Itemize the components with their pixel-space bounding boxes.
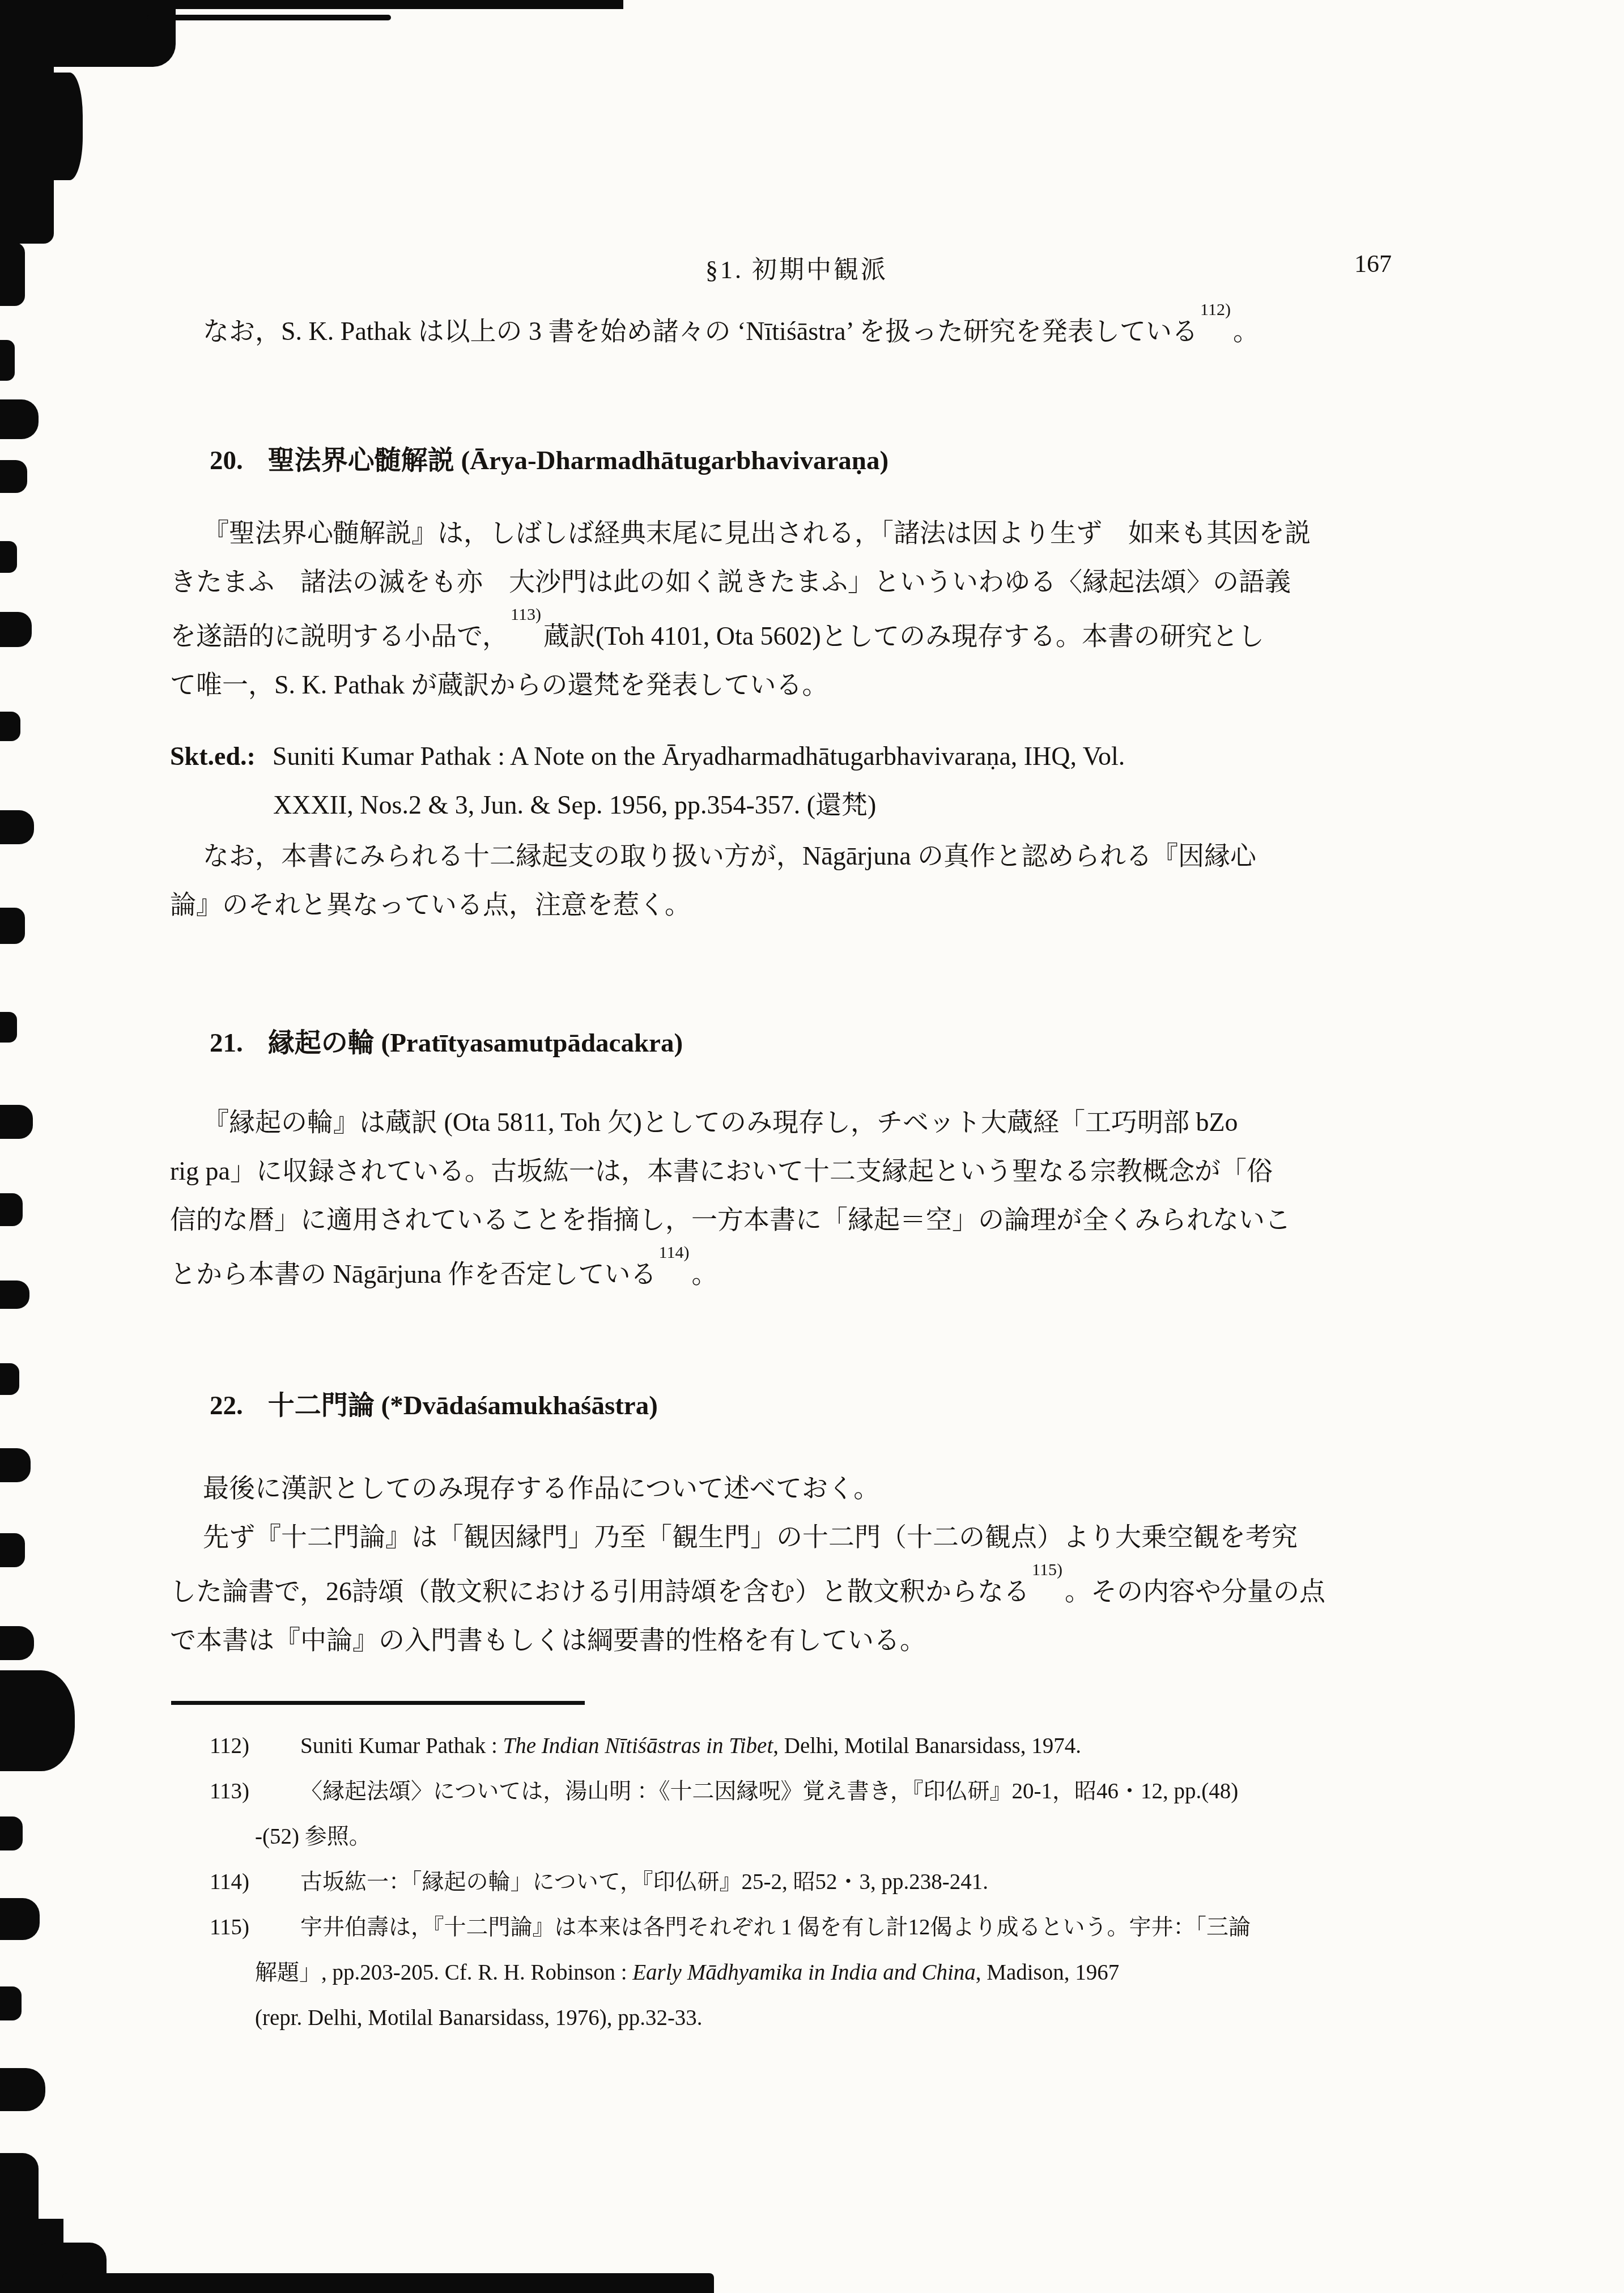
footnote-number: 115)	[210, 1905, 300, 1950]
footnote-115-continued: 解題」, pp.203-205. Cf. R. H. Robinson : Ea…	[170, 1950, 1473, 1996]
section-21-heading: 21.縁起の輪 (Pratītyasamutpādacakra)	[170, 1018, 1473, 1069]
body-line: なお，S. K. Pathak は以上の 3 書を始め諸々の ‘Nītiśāst…	[170, 301, 1473, 356]
scanned-book-page: §1. 初期中観派 167 なお，S. K. Pathak は以上の 3 書を始…	[0, 0, 1624, 2293]
scan-artifact	[0, 712, 20, 741]
scan-artifact	[0, 243, 25, 306]
scan-artifact	[62, 2273, 714, 2293]
section-number: 20.	[210, 446, 243, 475]
footnote-ref-112: 112)	[1198, 300, 1233, 319]
footnote-112: 112)Suniti Kumar Pathak : The Indian Nīt…	[170, 1724, 1473, 1769]
skt-ed-line: Skt.ed.:Suniti Kumar Pathak : A Note on …	[170, 732, 1473, 781]
skt-ed-line: XXXII, Nos.2 & 3, Jun. & Sep. 1956, pp.3…	[170, 781, 1473, 829]
footnotes-block: 112)Suniti Kumar Pathak : The Indian Nīt…	[170, 1724, 1473, 2041]
footnote-115-continued: (repr. Delhi, Motilal Banarsidass, 1976)…	[170, 1996, 1473, 2041]
section-number: 22.	[210, 1391, 243, 1420]
footnote-ref-114: 114)	[657, 1243, 692, 1262]
footnote-rule	[171, 1701, 585, 1705]
scan-artifact	[0, 1193, 23, 1226]
body-line: とから本書の Nāgārjuna 作を否定している114)。	[170, 1244, 1473, 1299]
body-line: 信的な暦」に適用されていることを指摘し，一方本書に「縁起＝空」の論理が全くみられ…	[170, 1196, 1473, 1244]
scan-artifact	[0, 1012, 17, 1043]
scan-artifact	[0, 1448, 31, 1482]
body-line: した論書で，26詩頌（散文釈における引用詩頌を含む）と散文釈からなる115)。そ…	[170, 1562, 1473, 1616]
page-header: §1. 初期中観派 167	[170, 249, 1473, 289]
body-line: rig pa」に収録されている。古坂紘一は，本書において十二支縁起という聖なる宗…	[170, 1147, 1473, 1196]
footnote-114: 114)古坂紘一：「縁起の輪」について，『印仏研』25-2, 昭52・3, pp…	[170, 1860, 1473, 1905]
body-line: 『縁起の輪』は蔵訳 (Ota 5811, Toh 欠)としてのみ現存し，チベット…	[170, 1098, 1473, 1147]
section-20-heading: 20.聖法界心髄解説 (Ārya-Dharmadhātugarbhavivara…	[170, 435, 1473, 486]
scan-artifact	[0, 541, 17, 573]
scan-artifact	[0, 340, 15, 381]
skt-ed-label: Skt.ed.:	[170, 742, 256, 771]
footnote-113: 113)〈縁起法頌〉については，湯山明 ：《十二因縁呪》覚え書き，『印仏研』20…	[170, 1769, 1473, 1814]
scan-artifact	[0, 1986, 22, 2020]
body-line: て唯一，S. K. Pathak が蔵訳からの還梵を発表している。	[170, 661, 1473, 709]
footnote-ref-115: 115)	[1030, 1560, 1065, 1579]
scan-artifact	[0, 612, 32, 647]
body-line: 先ず『十二門論』は「観因縁門」乃至「観生門」の十二門（十二の観点）より大乗空観を…	[170, 1513, 1473, 1562]
section-20-paragraph-1: 『聖法界心髄解説』は，しばしば経典末尾に見出される，「諸法は因より生ず 如来も其…	[170, 509, 1473, 709]
section-number: 21.	[210, 1028, 243, 1058]
scan-artifact	[0, 1626, 34, 1660]
scan-artifact	[50, 73, 83, 180]
running-section-title: §1. 初期中観派	[705, 249, 888, 286]
skt-ed-block: Skt.ed.:Suniti Kumar Pathak : A Note on …	[170, 732, 1473, 829]
section-22-paragraph-1: 最後に漢訳としてのみ現存する作品について述べておく。 先ず『十二門論』は「観因縁…	[170, 1464, 1473, 1665]
footnote-ref-113: 113)	[508, 605, 543, 624]
scan-artifact	[0, 1816, 23, 1850]
body-line: 『聖法界心髄解説』は，しばしば経典末尾に見出される，「諸法は因より生ず 如来も其…	[170, 509, 1473, 558]
section-title: 十二門論 (*Dvādaśamukhaśāstra)	[268, 1391, 658, 1420]
intro-paragraph: なお，S. K. Pathak は以上の 3 書を始め諸々の ‘Nītiśāst…	[170, 301, 1473, 356]
section-20-paragraph-2: なお，本書にみられる十二縁起支の取り扱い方が，Nāgārjuna の真作と認めら…	[170, 832, 1473, 929]
book-title-italic: The Indian Nītiśāstras in Tibet	[503, 1734, 773, 1758]
scan-artifact	[0, 460, 27, 493]
scan-artifact	[0, 1898, 40, 1940]
scan-artifact	[0, 1670, 75, 1771]
scan-artifact	[0, 2153, 39, 2227]
scan-artifact	[0, 1363, 19, 1395]
footnote-number: 112)	[210, 1724, 300, 1769]
scan-artifact	[0, 1533, 25, 1567]
body-line: を遂語的に説明する小品で，113)蔵訳(Toh 4101, Ota 5602)と…	[170, 606, 1473, 661]
scan-artifact	[0, 0, 623, 9]
body-line: で本書は『中論』の入門書もしくは綱要書的性格を有している。	[170, 1616, 1473, 1665]
scan-artifact	[0, 1105, 33, 1139]
scan-artifact	[0, 810, 34, 844]
footnote-115: 115)宇井伯壽は，『十二門論』は本来は各門それぞれ 1 偈を有し計12偈より成…	[170, 1905, 1473, 1950]
section-21-paragraph-1: 『縁起の輪』は蔵訳 (Ota 5811, Toh 欠)としてのみ現存し，チベット…	[170, 1098, 1473, 1299]
footnote-number: 114)	[210, 1860, 300, 1905]
body-line: きたまふ 諸法の滅をも亦 大沙門は此の如く説きたまふ」といういわゆる〈縁起法頌〉…	[170, 558, 1473, 606]
page-number: 167	[1354, 249, 1392, 278]
footnote-113-continued: -(52) 参照。	[170, 1814, 1473, 1860]
section-title: 縁起の輪 (Pratītyasamutpādacakra)	[268, 1028, 683, 1058]
book-title-italic: Early Mādhyamika in India and China	[632, 1960, 976, 1985]
footnote-number: 113)	[210, 1769, 300, 1814]
scan-artifact	[0, 1280, 29, 1309]
section-title: 聖法界心髄解説 (Ārya-Dharmadhātugarbhavivaraṇa)	[268, 446, 888, 475]
scan-artifact	[0, 399, 39, 439]
body-line: 最後に漢訳としてのみ現存する作品について述べておく。	[170, 1464, 1473, 1513]
scan-artifact	[0, 2068, 45, 2111]
section-22-heading: 22.十二門論 (*Dvādaśamukhaśāstra)	[170, 1380, 1473, 1431]
scan-artifact	[34, 0, 176, 67]
body-line: 論』のそれと異なっている点，注意を惹く。	[170, 880, 1473, 929]
body-line: なお，本書にみられる十二縁起支の取り扱い方が，Nāgārjuna の真作と認めら…	[170, 832, 1473, 880]
scan-artifact	[0, 908, 25, 944]
scan-artifact	[147, 15, 391, 20]
